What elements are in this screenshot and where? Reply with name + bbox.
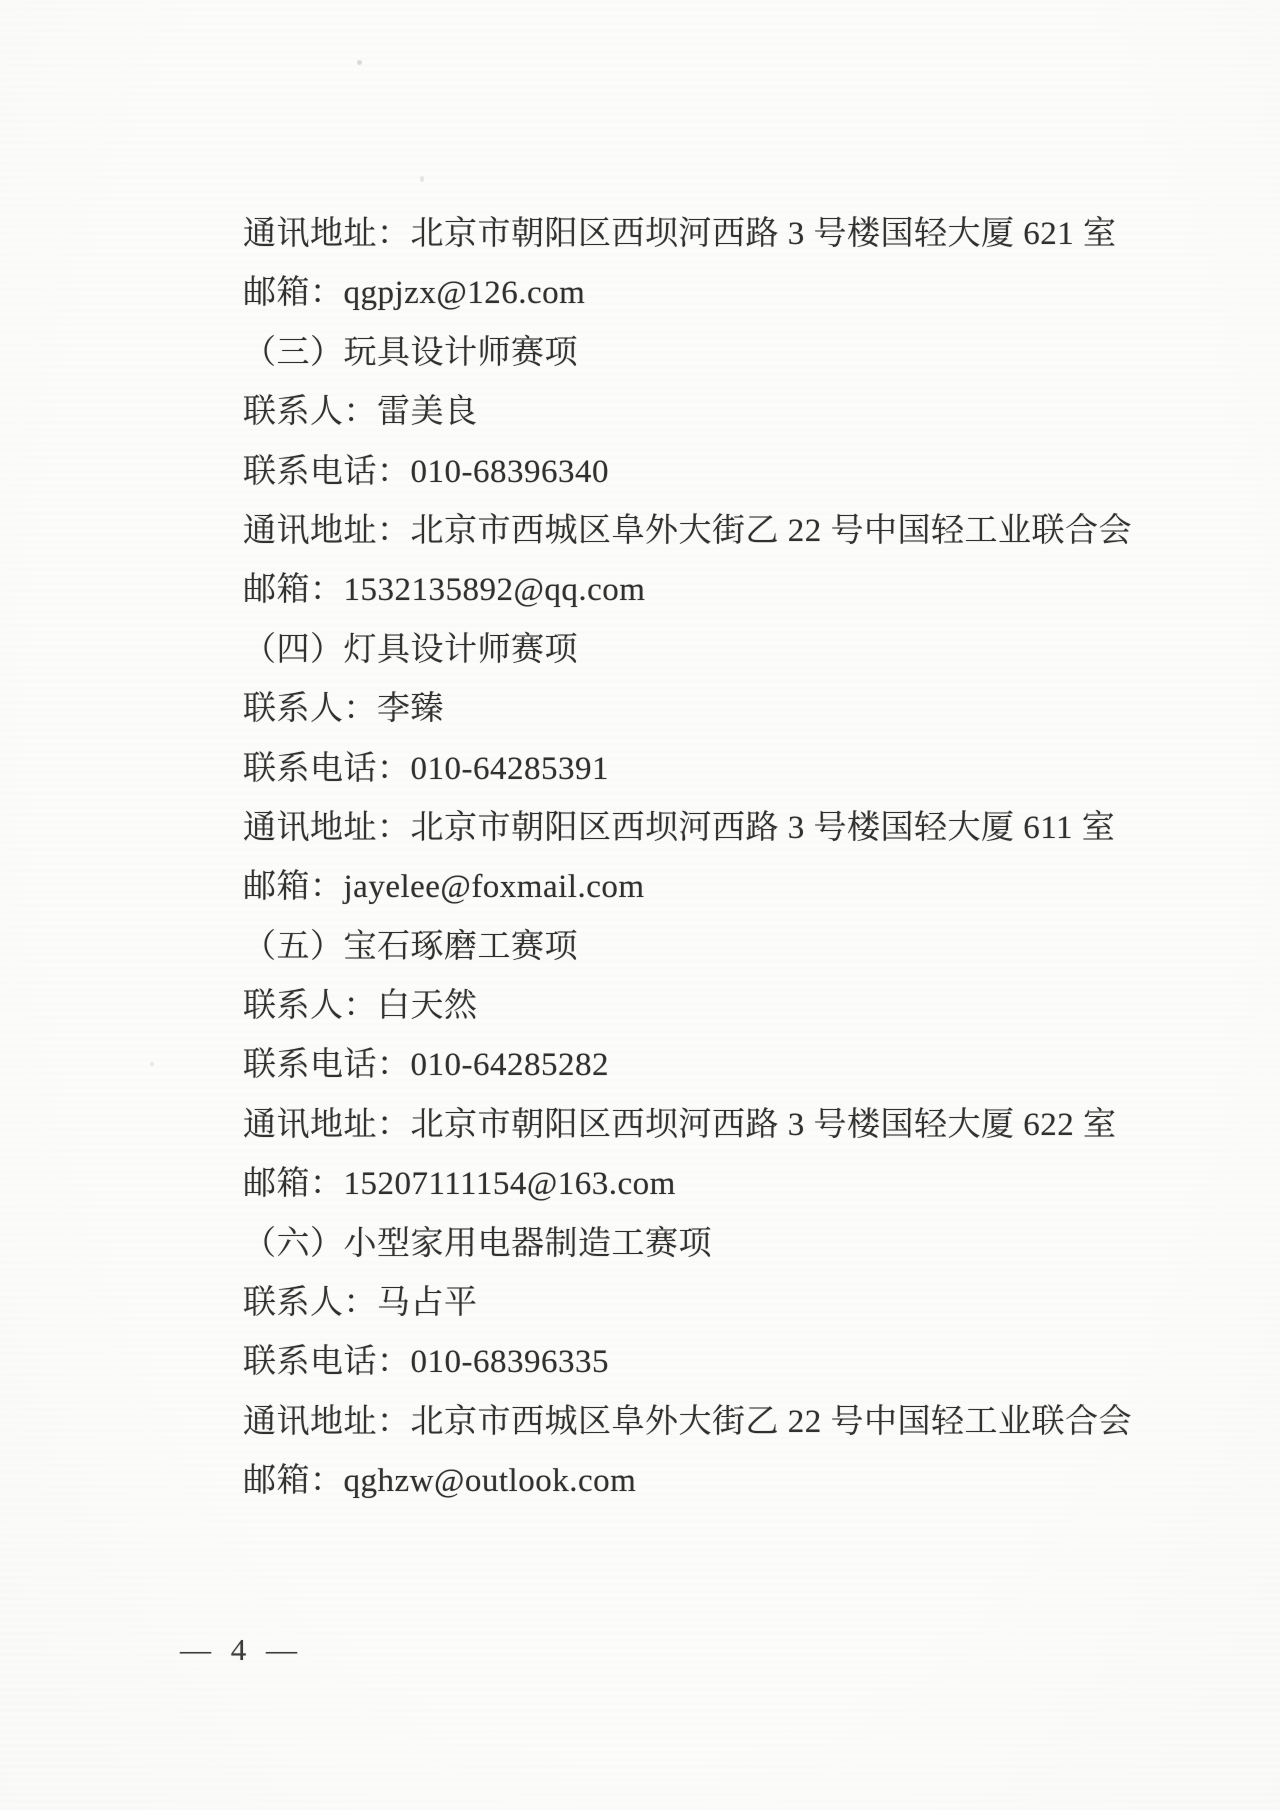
field-value: 北京市朝阳区西坝河西路 3 号楼国轻大厦 621 室 [411,216,1117,252]
field-line-phone: 联系电话：010-64285282 [0,1036,1280,1095]
section-heading-6: （六）小型家用电器制造工赛项 [0,1215,1280,1274]
field-line-phone: 联系电话：010-64285391 [0,740,1280,799]
field-line-email: 邮箱：jayelee@foxmail.com [0,858,1280,917]
field-value: qghzw@outlook.com [344,1463,637,1499]
field-line-contact-person: 联系人：李臻 [0,680,1280,739]
field-label: 邮箱： [243,1166,344,1202]
field-label: 联系人： [243,988,377,1024]
field-label: 邮箱： [243,869,344,905]
field-value: 北京市西城区阜外大街乙 22 号中国轻工业联合会 [411,513,1133,549]
field-line-email: 邮箱：qgpjzx@126.com [0,264,1280,323]
field-line-phone: 联系电话：010-68396335 [0,1333,1280,1392]
field-line-mailing-address: 通讯地址：北京市朝阳区西坝河西路 3 号楼国轻大厦 611 室 [0,799,1280,858]
field-label: 联系人： [243,1285,377,1321]
field-label: 通讯地址： [243,810,411,846]
field-value: 010-64285282 [411,1047,610,1083]
field-line-mailing-address: 通讯地址：北京市朝阳区西坝河西路 3 号楼国轻大厦 622 室 [0,1096,1280,1155]
field-value: 010-64285391 [411,751,610,787]
field-label: 通讯地址： [243,1107,411,1143]
field-label: 通讯地址： [243,513,411,549]
field-label: 邮箱： [243,1463,344,1499]
scan-artifact [420,176,424,182]
section-heading-text: （四）灯具设计师赛项 [243,632,578,668]
section-heading-text: （三）玩具设计师赛项 [243,335,578,371]
field-value: 北京市西城区阜外大街乙 22 号中国轻工业联合会 [411,1404,1133,1440]
field-value: qgpjzx@126.com [344,275,586,311]
document-body: 通讯地址：北京市朝阳区西坝河西路 3 号楼国轻大厦 621 室 邮箱：qgpjz… [0,205,1280,1512]
field-line-email: 邮箱：15207111154@163.com [0,1155,1280,1214]
field-line-mailing-address: 通讯地址：北京市西城区阜外大街乙 22 号中国轻工业联合会 [0,502,1280,561]
field-label: 联系电话： [243,1047,411,1083]
field-value: 010-68396335 [411,1344,610,1380]
section-heading-3: （三）玩具设计师赛项 [0,324,1280,383]
field-label: 邮箱： [243,275,344,311]
field-label: 联系电话： [243,751,411,787]
field-line-contact-person: 联系人：雷美良 [0,383,1280,442]
field-value: 1532135892@qq.com [344,572,646,608]
field-line-mailing-address: 通讯地址：北京市西城区阜外大街乙 22 号中国轻工业联合会 [0,1393,1280,1452]
field-value: 马占平 [377,1285,478,1321]
section-heading-text: （六）小型家用电器制造工赛项 [243,1226,712,1262]
field-label: 联系电话： [243,454,411,490]
section-heading-5: （五）宝石琢磨工赛项 [0,918,1280,977]
field-label: 通讯地址： [243,1404,411,1440]
scan-artifact [357,60,362,65]
page-number: — 4 — [180,1630,303,1670]
field-value: 15207111154@163.com [344,1166,676,1202]
field-label: 通讯地址： [243,216,411,252]
section-heading-4: （四）灯具设计师赛项 [0,621,1280,680]
field-line-contact-person: 联系人：马占平 [0,1274,1280,1333]
field-line-mailing-address: 通讯地址：北京市朝阳区西坝河西路 3 号楼国轻大厦 621 室 [0,205,1280,264]
field-line-phone: 联系电话：010-68396340 [0,443,1280,502]
field-label: 联系人： [243,394,377,430]
field-line-email: 邮箱：1532135892@qq.com [0,561,1280,620]
field-value: 010-68396340 [411,454,610,490]
field-label: 联系人： [243,691,377,727]
section-heading-text: （五）宝石琢磨工赛项 [243,929,578,965]
field-value: jayelee@foxmail.com [344,869,645,905]
field-label: 联系电话： [243,1344,411,1380]
field-line-contact-person: 联系人：白天然 [0,977,1280,1036]
field-line-email: 邮箱：qghzw@outlook.com [0,1452,1280,1511]
scanned-document-page: 通讯地址：北京市朝阳区西坝河西路 3 号楼国轻大厦 621 室 邮箱：qgpjz… [0,0,1280,1810]
field-value: 李臻 [377,691,444,727]
field-value: 白天然 [377,988,478,1024]
field-value: 北京市朝阳区西坝河西路 3 号楼国轻大厦 622 室 [411,1107,1117,1143]
field-label: 邮箱： [243,572,344,608]
field-value: 北京市朝阳区西坝河西路 3 号楼国轻大厦 611 室 [411,810,1116,846]
field-value: 雷美良 [377,394,478,430]
